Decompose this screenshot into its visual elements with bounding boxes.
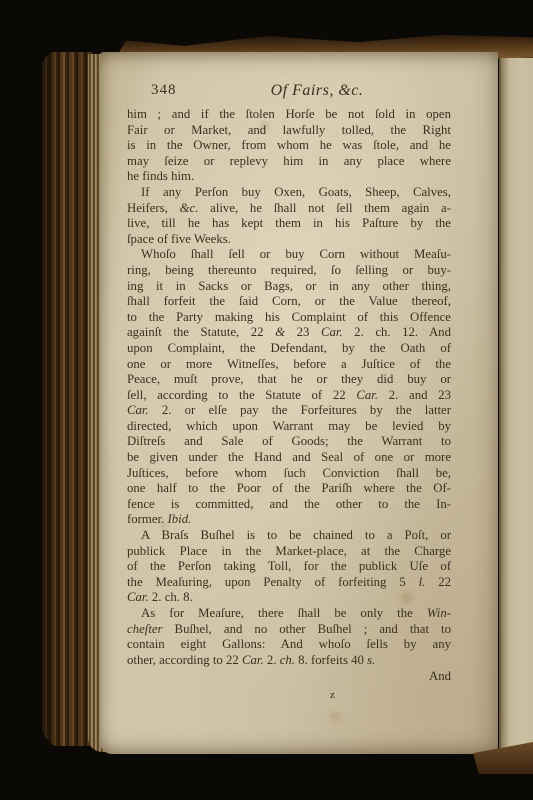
text-line: other, according to 22 Car. 2. ch. 8. fo… bbox=[127, 653, 451, 669]
text-line: one half to the Poor of the Pariſh where… bbox=[127, 481, 451, 497]
text-line: Heifers, &c. alive, he ſhall not ſell th… bbox=[127, 201, 451, 217]
text-line: he finds him. bbox=[127, 169, 451, 185]
text-line: contain eight Gallons: And whoſo ſells b… bbox=[127, 637, 451, 653]
text-line: As for Meaſure, there ſhall be only the … bbox=[127, 606, 451, 622]
text-line: Whoſo ſhall ſell or buy Corn without Mea… bbox=[127, 247, 451, 263]
foxing-spot bbox=[330, 712, 340, 721]
text-line: ring, being thereunto required, ſo ſelli… bbox=[127, 263, 451, 279]
text-line: the Meaſuring, upon Penalty of forfeitin… bbox=[127, 575, 451, 591]
text-line: live, till he has kept them in his Paſtu… bbox=[127, 216, 451, 232]
text-line: ing it in Sacks or Bags, or in any other… bbox=[127, 279, 451, 295]
text-line: ſhall forfeit the ſaid Corn, or the Valu… bbox=[127, 294, 451, 310]
text-line: is in the Owner, from whom he was ſtole,… bbox=[127, 138, 451, 154]
text-line: upon Complaint, the Defendant, by the Oa… bbox=[127, 341, 451, 357]
text-line: Juſtices, before whom ſuch Conviction ſh… bbox=[127, 466, 451, 482]
text-line: Diſtreſs and Sale of Goods; the Warrant … bbox=[127, 434, 451, 450]
book-spine bbox=[40, 52, 92, 746]
text-line: directed, which upon Warrant may be levi… bbox=[127, 419, 451, 435]
text-line: ſell, according to the Statute of 22 Car… bbox=[127, 388, 451, 404]
text-line: Peace, muſt prove, that he or they did b… bbox=[127, 372, 451, 388]
text-line: be given under the Hand and Seal of one … bbox=[127, 450, 451, 466]
text-line: may ſeize or replevy him in any place wh… bbox=[127, 154, 451, 170]
text-block: him ; and if the ſtolen Horſe be not ſol… bbox=[127, 107, 451, 668]
facing-page-edge bbox=[499, 58, 533, 758]
catchword: And bbox=[127, 669, 451, 685]
text-line: cheſter Buſhel, and no other Buſhel ; an… bbox=[127, 622, 451, 638]
text-line: ſpace of five Weeks. bbox=[127, 232, 451, 248]
text-line: to the Party making his Complaint of thi… bbox=[127, 310, 451, 326]
page-number: 348 bbox=[151, 82, 177, 99]
text-line: If any Perſon buy Oxen, Goats, Sheep, Ca… bbox=[127, 185, 451, 201]
text-line: Car. 2. or elſe pay the Forfeitures by t… bbox=[127, 403, 451, 419]
text-line: one or more Witneſſes, before a Juſtice … bbox=[127, 357, 451, 373]
text-line: publick Place in the Market-place, at th… bbox=[127, 544, 451, 560]
text-line: Fair or Market, and lawfully tolled, the… bbox=[127, 123, 451, 139]
text-line: Car. 2. ch. 8. bbox=[127, 590, 451, 606]
text-line: him ; and if the ſtolen Horſe be not ſol… bbox=[127, 107, 451, 123]
text-line: former. Ibid. bbox=[127, 512, 451, 528]
text-line: of the Perſon taking Toll, for the publi… bbox=[127, 559, 451, 575]
book-page: 348 Of Fairs, &c. him ; and if the ſtole… bbox=[100, 52, 498, 754]
text-line: A Braſs Buſhel is to be chained to a Poſ… bbox=[127, 528, 451, 544]
text-line: fence is committed, and the other to the… bbox=[127, 497, 451, 513]
text-line: againſt the Statute, 22 & 23 Car. 2. ch.… bbox=[127, 325, 451, 341]
book-photo: 348 Of Fairs, &c. him ; and if the ſtole… bbox=[0, 0, 533, 800]
page-header: 348 Of Fairs, &c. bbox=[127, 82, 451, 104]
signature-mark: z bbox=[330, 689, 335, 701]
